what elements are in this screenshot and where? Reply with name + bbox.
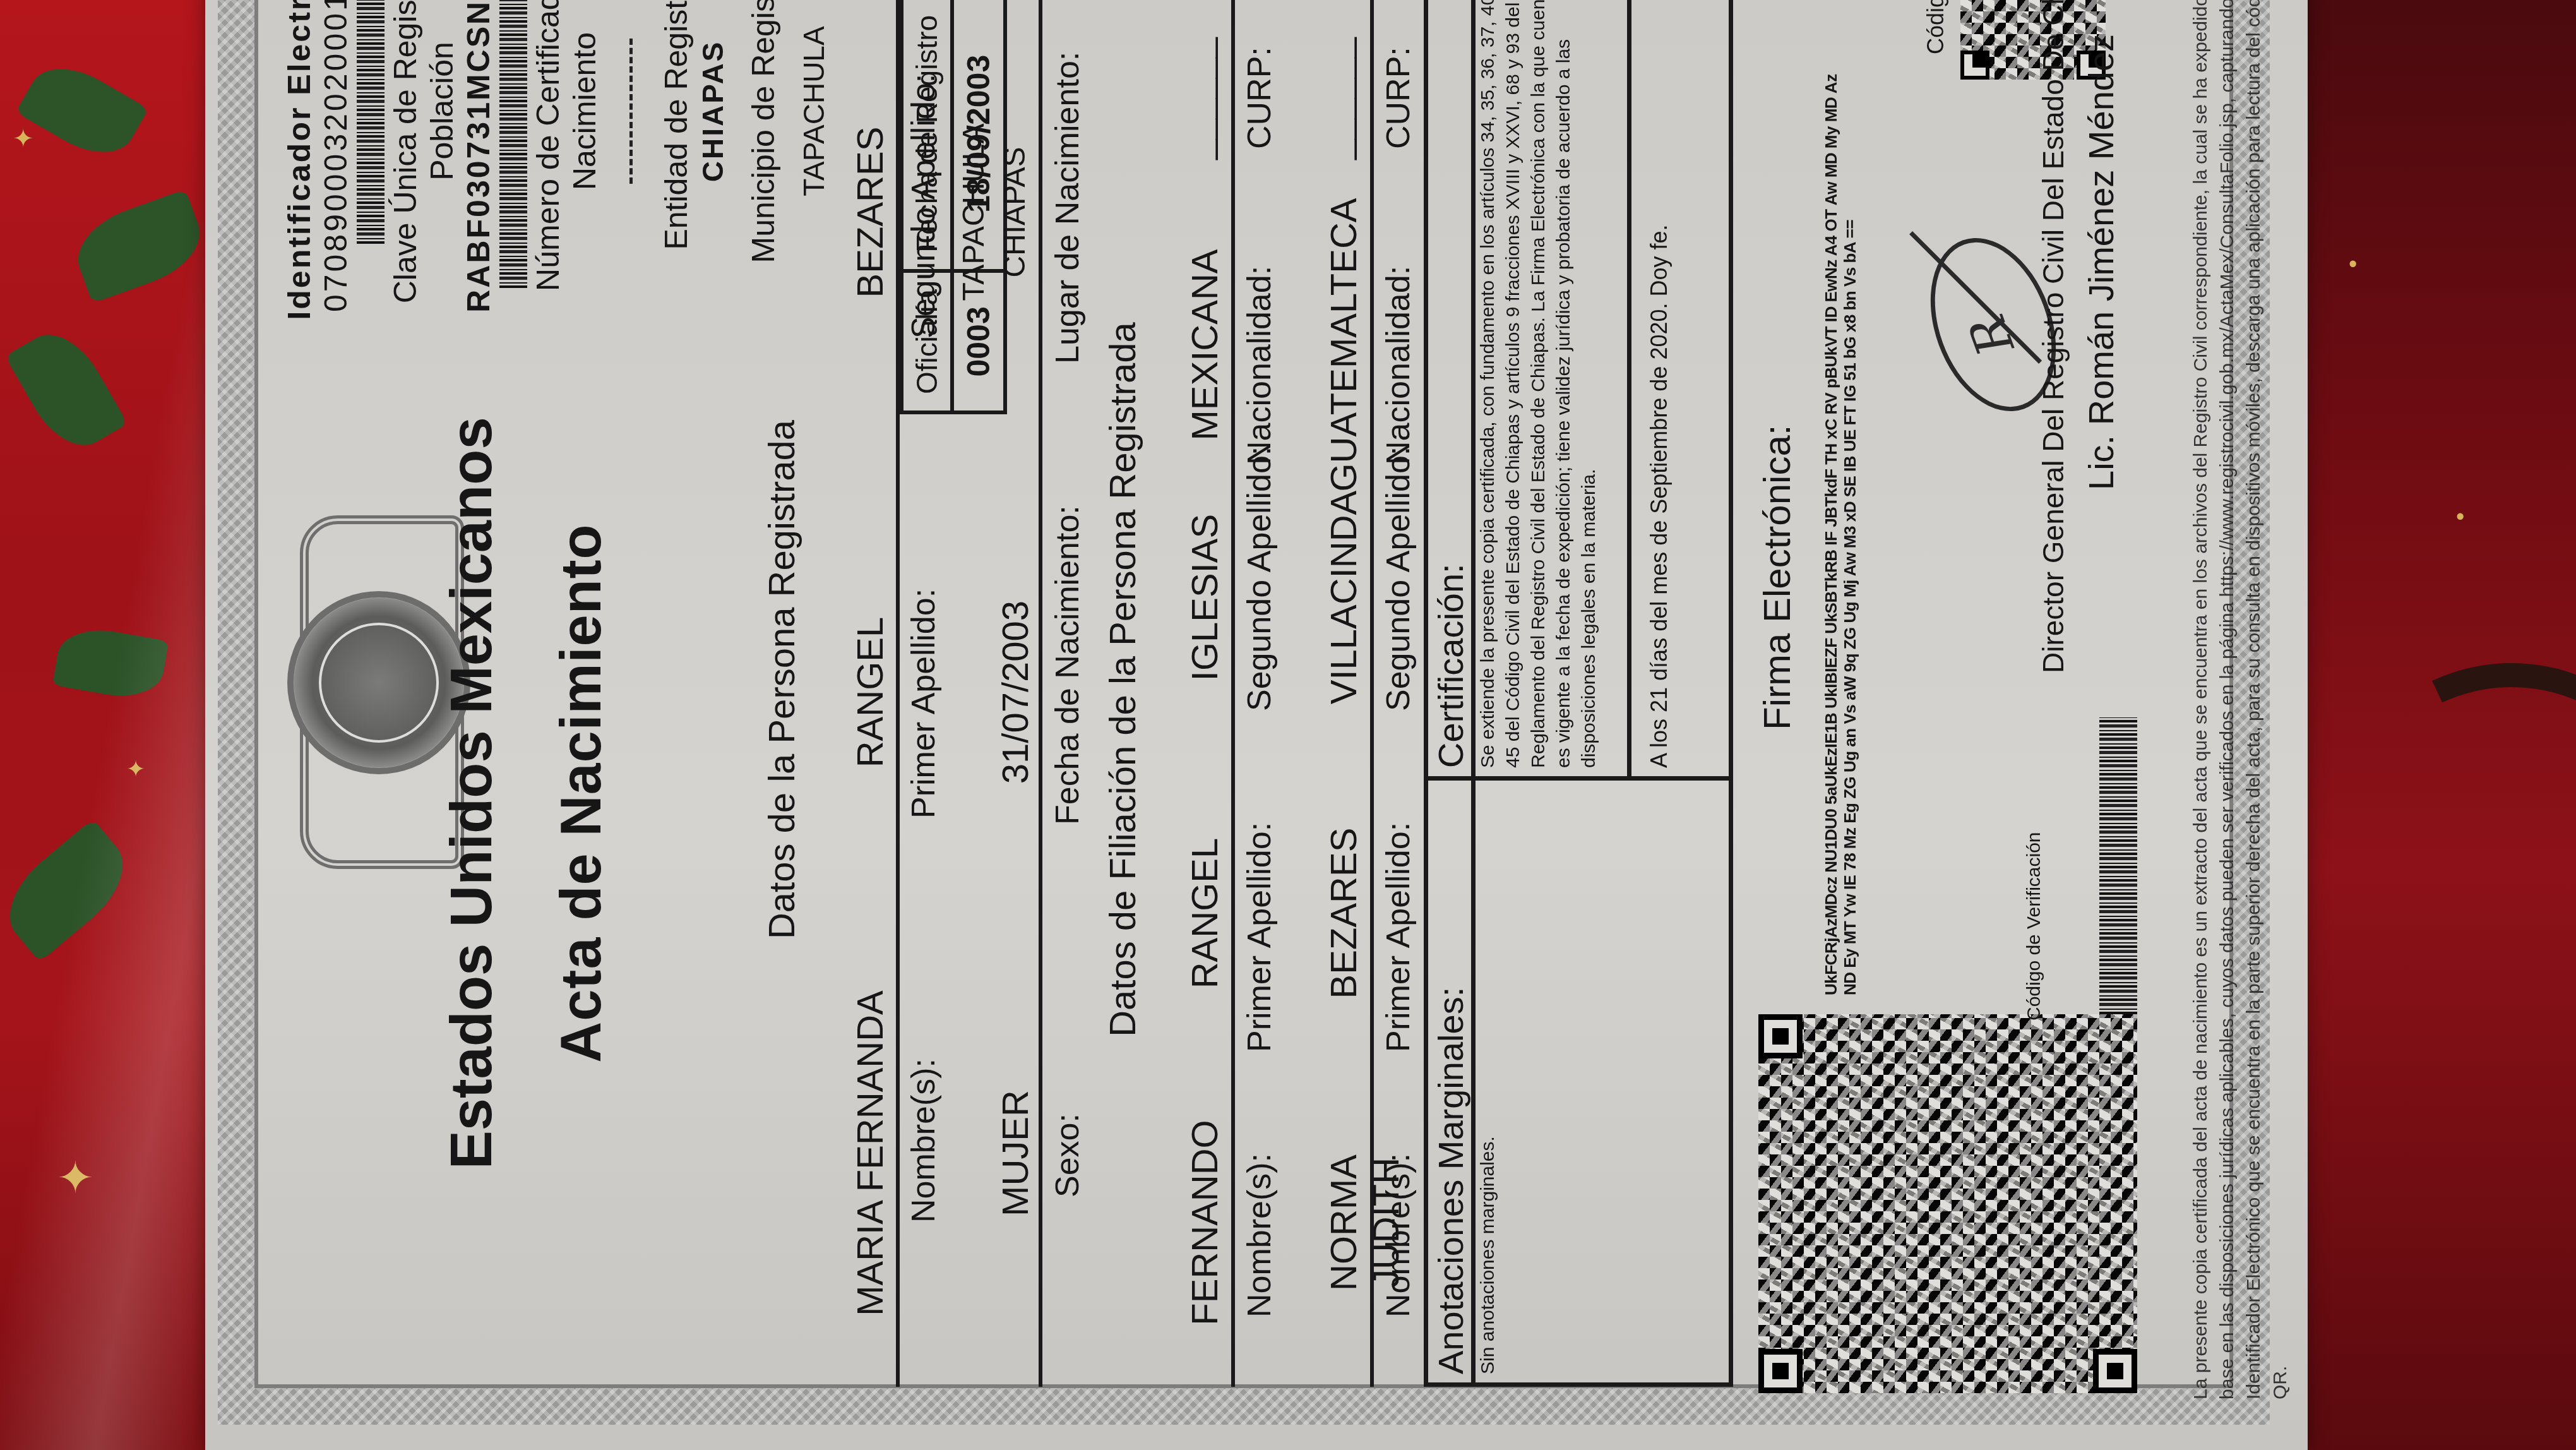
primer-apellido-label: Primer Apellido:	[905, 589, 943, 818]
qr-code-large	[1758, 1014, 2137, 1393]
certificado-value-empty	[629, 39, 633, 184]
verification-label: Código de Verificación	[2024, 832, 2045, 1021]
star-icon: •	[2456, 505, 2464, 529]
parent-segundo-apellido-value: VILLACINDA	[1323, 465, 1365, 730]
parent-nacionalidad-value: GUATEMALTECA	[1323, 187, 1365, 503]
lugar-nacimiento-label: Lugar de Nacimiento:	[1049, 52, 1087, 364]
parent-curp-value: ______	[1316, 4, 1359, 193]
nombres-label: Nombre(s):	[905, 1058, 943, 1223]
curp-value: RABF030731MCSNZRA3	[460, 0, 497, 339]
box-divider	[1424, 776, 1733, 781]
divider	[1231, 0, 1235, 1387]
entidad-label: Entidad de Registro	[658, 0, 695, 339]
tablecloth-left: ✦ ✦ ✦	[0, 0, 227, 1450]
barcode-icon	[499, 0, 527, 288]
star-icon: •	[2349, 253, 2357, 277]
parent-segundo-apellido-label: Segundo Apellido:	[1241, 446, 1279, 711]
parent-nombres-label: Nombre(s):	[1380, 1153, 1417, 1317]
candy-cane-icon	[2270, 610, 2576, 1093]
certificacion-fecha: A los 21 días del mes de Septiembre de 2…	[1646, 224, 1673, 768]
parent-nacionalidad-value: MEXICANA	[1184, 200, 1226, 490]
divider	[1627, 0, 1631, 781]
identificador-value: 07089000320200012709	[318, 0, 354, 339]
parent-curp-label: CURP:	[1241, 47, 1279, 149]
certificacion-title: Certificación:	[1430, 563, 1471, 768]
anotaciones-title: Anotaciones Marginales:	[1430, 987, 1471, 1374]
firma-hash: UkFCRjAzMDcz NU1DU0 5aUkEzIE1B UkIBIEZF …	[1822, 48, 1859, 995]
filiacion-section-title: Datos de Filiación de la Persona Registr…	[1102, 0, 1144, 1450]
tablecloth-right: • •	[2298, 0, 2576, 1450]
parent-segundo-apellido-value: IGLESIAS	[1184, 465, 1226, 730]
divider	[896, 0, 900, 1387]
parent-primer-apellido-label: Primer Apellido:	[1241, 822, 1279, 1052]
segundo-apellido-label: Segundo Apellido:	[905, 74, 943, 339]
sexo-label: Sexo:	[1049, 1113, 1087, 1197]
divider	[1039, 0, 1042, 1387]
parent-primer-apellido-value: RANGEL	[1184, 781, 1226, 1046]
nombres-value: MARIA FERNANDA	[849, 951, 891, 1355]
lugar-nacimiento-line1: TAPACHULA	[957, 10, 991, 414]
header-identifiers: Identificador Electrónico 07089000320200…	[281, 0, 832, 339]
parent-nombres-label: Nombre(s):	[1241, 1153, 1279, 1317]
certificado-label: Número de Certificado de Nacimiento	[530, 0, 603, 339]
divider	[1370, 0, 1374, 1387]
director-title: Director General Del Registro Civil Del …	[2036, 0, 2070, 673]
fecha-nacimiento-label: Fecha de Nacimiento:	[1049, 505, 1087, 825]
anotaciones-text: Sin anotaciones marginales.	[1476, 1136, 1501, 1374]
verification-barcode-icon	[2099, 717, 2137, 1014]
lugar-nacimiento-line2: CHIAPAS	[998, 10, 1032, 414]
certificacion-text: Se extiende la presente copia certificad…	[1476, 0, 1602, 768]
identificador-label: Identificador Electrónico	[281, 0, 318, 339]
segundo-apellido-value: BEZARES	[849, 10, 891, 414]
parent-nacionalidad-label: Nacionalidad:	[1380, 266, 1417, 465]
parent-primer-apellido-value: BEZARES	[1323, 781, 1365, 1046]
country-title: Estados Unidos Mexicanos	[439, 351, 505, 1235]
curp-label: Clave Única de Registro de Población	[387, 0, 460, 339]
footnote-text: La presente copia certificada del acta d…	[2188, 0, 2294, 1399]
barcode-icon	[357, 0, 385, 244]
fecha-nacimiento-value: 31/07/2003	[994, 490, 1037, 894]
parent-curp-label: CURP:	[1380, 47, 1417, 149]
persona-section-title: Datos de la Persona Registrada	[761, 0, 803, 1450]
sexo-value: MUJER	[994, 951, 1037, 1355]
birth-certificate: Estados Unidos Mexicanos Acta de Nacimie…	[205, 0, 2308, 1450]
divider	[1471, 0, 1476, 1387]
parent-nacionalidad-label: Nacionalidad:	[1241, 266, 1279, 465]
primer-apellido-value: RANGEL	[849, 490, 891, 894]
entidad-value: CHIAPAS	[695, 0, 731, 339]
parent-primer-apellido-label: Primer Apellido:	[1380, 822, 1417, 1052]
document-title: Acta de Nacimiento	[549, 351, 614, 1235]
parent-segundo-apellido-label: Segundo Apellido:	[1380, 446, 1417, 711]
director-name: Lic. Román Jiménez Méndez	[2080, 34, 2121, 490]
parent-curp-value: ______	[1178, 4, 1220, 193]
parent-nombres-value: FERNANDO	[1184, 1090, 1226, 1355]
firma-title: Firma Electrónica:	[1755, 425, 1799, 730]
qr-label: Código QR	[1923, 0, 1949, 54]
